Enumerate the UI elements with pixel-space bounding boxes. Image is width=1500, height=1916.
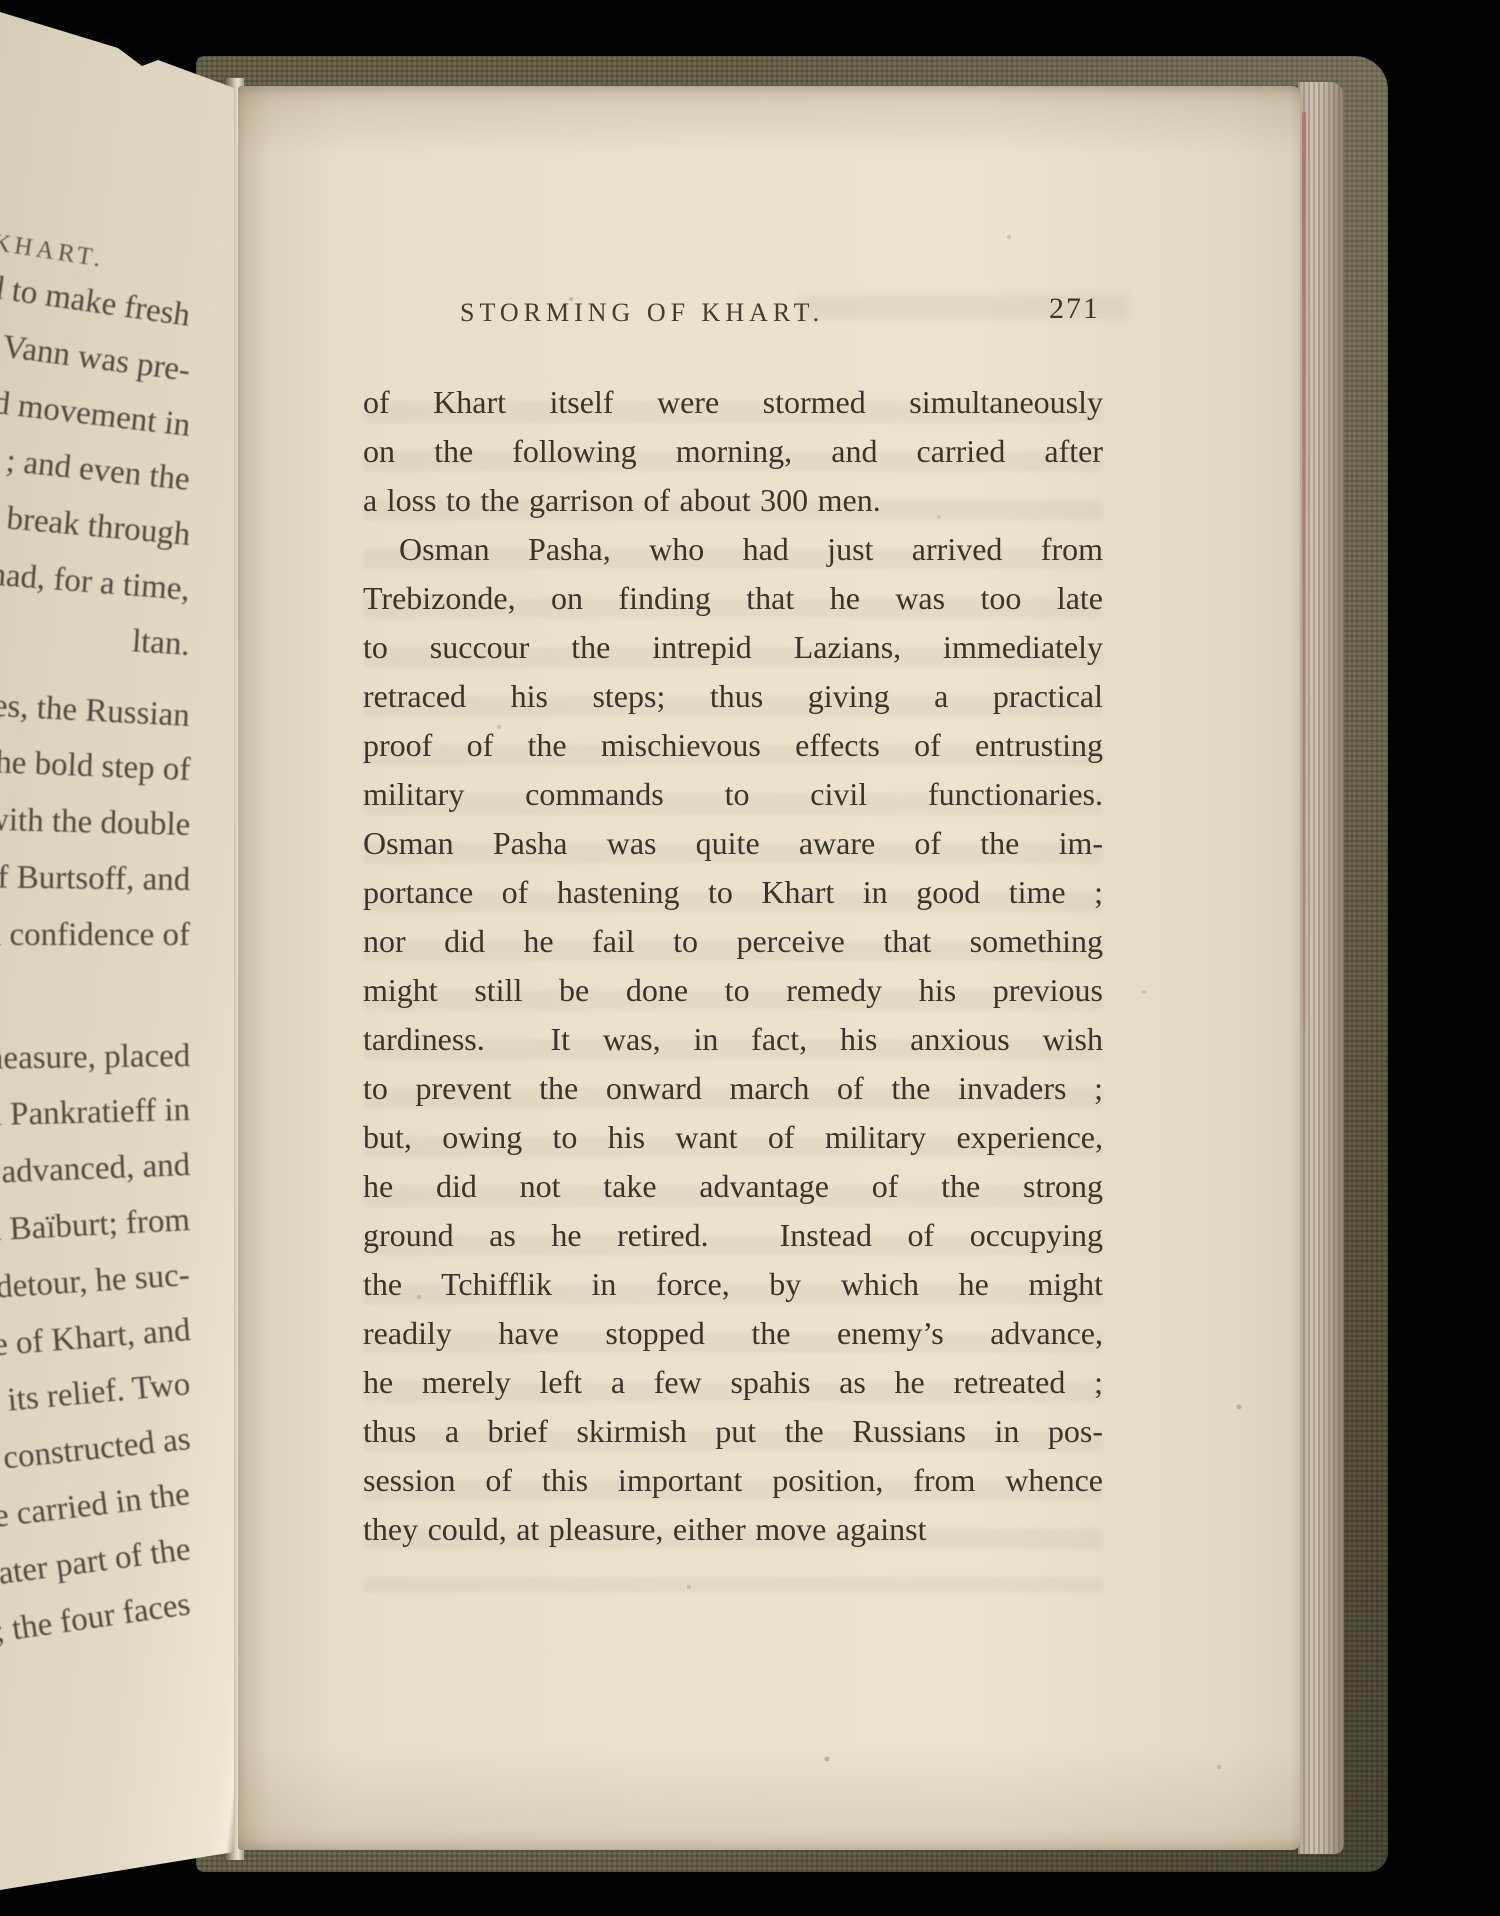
left-page-line: ces, the Russian [0,687,191,735]
body-text: of Khart itself were stormed simultaneou… [363,378,1103,1554]
left-page-line: and confidence of [0,917,190,954]
body-line: thus a brief skirmish put the Russians i… [363,1407,1103,1456]
body-line: they could, at pleasure, either move aga… [363,1505,1103,1554]
left-page-line: ater part of the [0,1531,192,1593]
left-page-line: ewed movement in [0,378,192,444]
left-page-line: lace ; and even the [0,437,192,499]
left-page-line: ry measure, placed [0,1038,190,1078]
body-line: but, owing to his want of military exper… [363,1113,1103,1162]
body-line: the Tchifflik in force, by which he migh… [363,1260,1103,1309]
body-line: might still be done to remedy his previo… [363,966,1103,1015]
running-head-title: STORMING OF KHART. [460,298,824,328]
left-page-line: the bold step of [0,744,191,789]
left-page-line: ere carried in the [0,1476,192,1539]
left-page-lines: K KHART. azid to make freshof Vann was p… [0,0,234,1916]
page-number: 271 [1049,292,1100,326]
body-line: military commands to civil functionaries… [363,770,1103,819]
left-page-line: ltan. [131,623,191,664]
body-line: tardiness. It was, in fact, his anxious … [363,1015,1103,1064]
body-line: to succour the intrepid Lazians, immedia… [363,623,1103,672]
left-page-line: to its relief. Two [0,1366,192,1423]
left-page-line: to break through [0,497,192,554]
body-line: nor did he fail to perceive that somethi… [363,917,1103,966]
left-page-line: en constructed as [0,1421,192,1481]
left-page-line: of Vann was pre- [0,324,192,390]
body-line: on the following morning, and carried af… [363,427,1103,476]
body-line: Osman Pasha, who had just arrived from [363,525,1103,574]
left-page-line: with the double [0,802,190,844]
left-page-line: ge of Khart, and [0,1312,191,1366]
left-page-line: had, for a time, [0,556,191,609]
page-edge-red-line [1302,112,1306,1032]
paper-speckles [238,86,240,88]
book-photo: STORMING OF KHART. 271 of Khart itself w… [0,0,1500,1916]
body-line: he did not take advantage of the strong [363,1162,1103,1211]
body-line: Trebizonde, on finding that he was too l… [363,574,1103,623]
body-line: retraced his steps; thus giving a practi… [363,672,1103,721]
body-line: to prevent the onward march of the invad… [363,1064,1103,1113]
left-page-line: ral Pankratieff in [0,1092,190,1135]
body-line: session of this important position, from… [363,1456,1103,1505]
left-page-line: ch advanced, and [0,1147,191,1193]
body-line: ground as he retired. Instead of occupyi… [363,1211,1103,1260]
left-page-line: azid to make fresh [0,264,193,335]
body-line: a loss to the garrison of about 300 men. [363,476,1103,525]
left-page-line: ed Baïburt; from [0,1202,191,1250]
left-page-line: d detour, he suc- [0,1257,191,1308]
body-line: of Khart itself were stormed simultaneou… [363,378,1103,427]
left-page-line: of Burtsoff, and [0,859,190,899]
left-page: K KHART. azid to make freshof Vann was p… [0,0,234,1916]
left-page-line: ; the four faces [0,1586,193,1651]
right-page: STORMING OF KHART. 271 of Khart itself w… [238,86,1300,1850]
body-line: readily have stopped the enemy’s advance… [363,1309,1103,1358]
body-line: he merely left a few spahis as he retrea… [363,1358,1103,1407]
body-line: Osman Pasha was quite aware of the im- [363,819,1103,868]
left-page-running-head: K KHART. [0,224,106,274]
body-line: portance of hastening to Khart in good t… [363,868,1103,917]
body-line: proof of the mischievous effects of entr… [363,721,1103,770]
